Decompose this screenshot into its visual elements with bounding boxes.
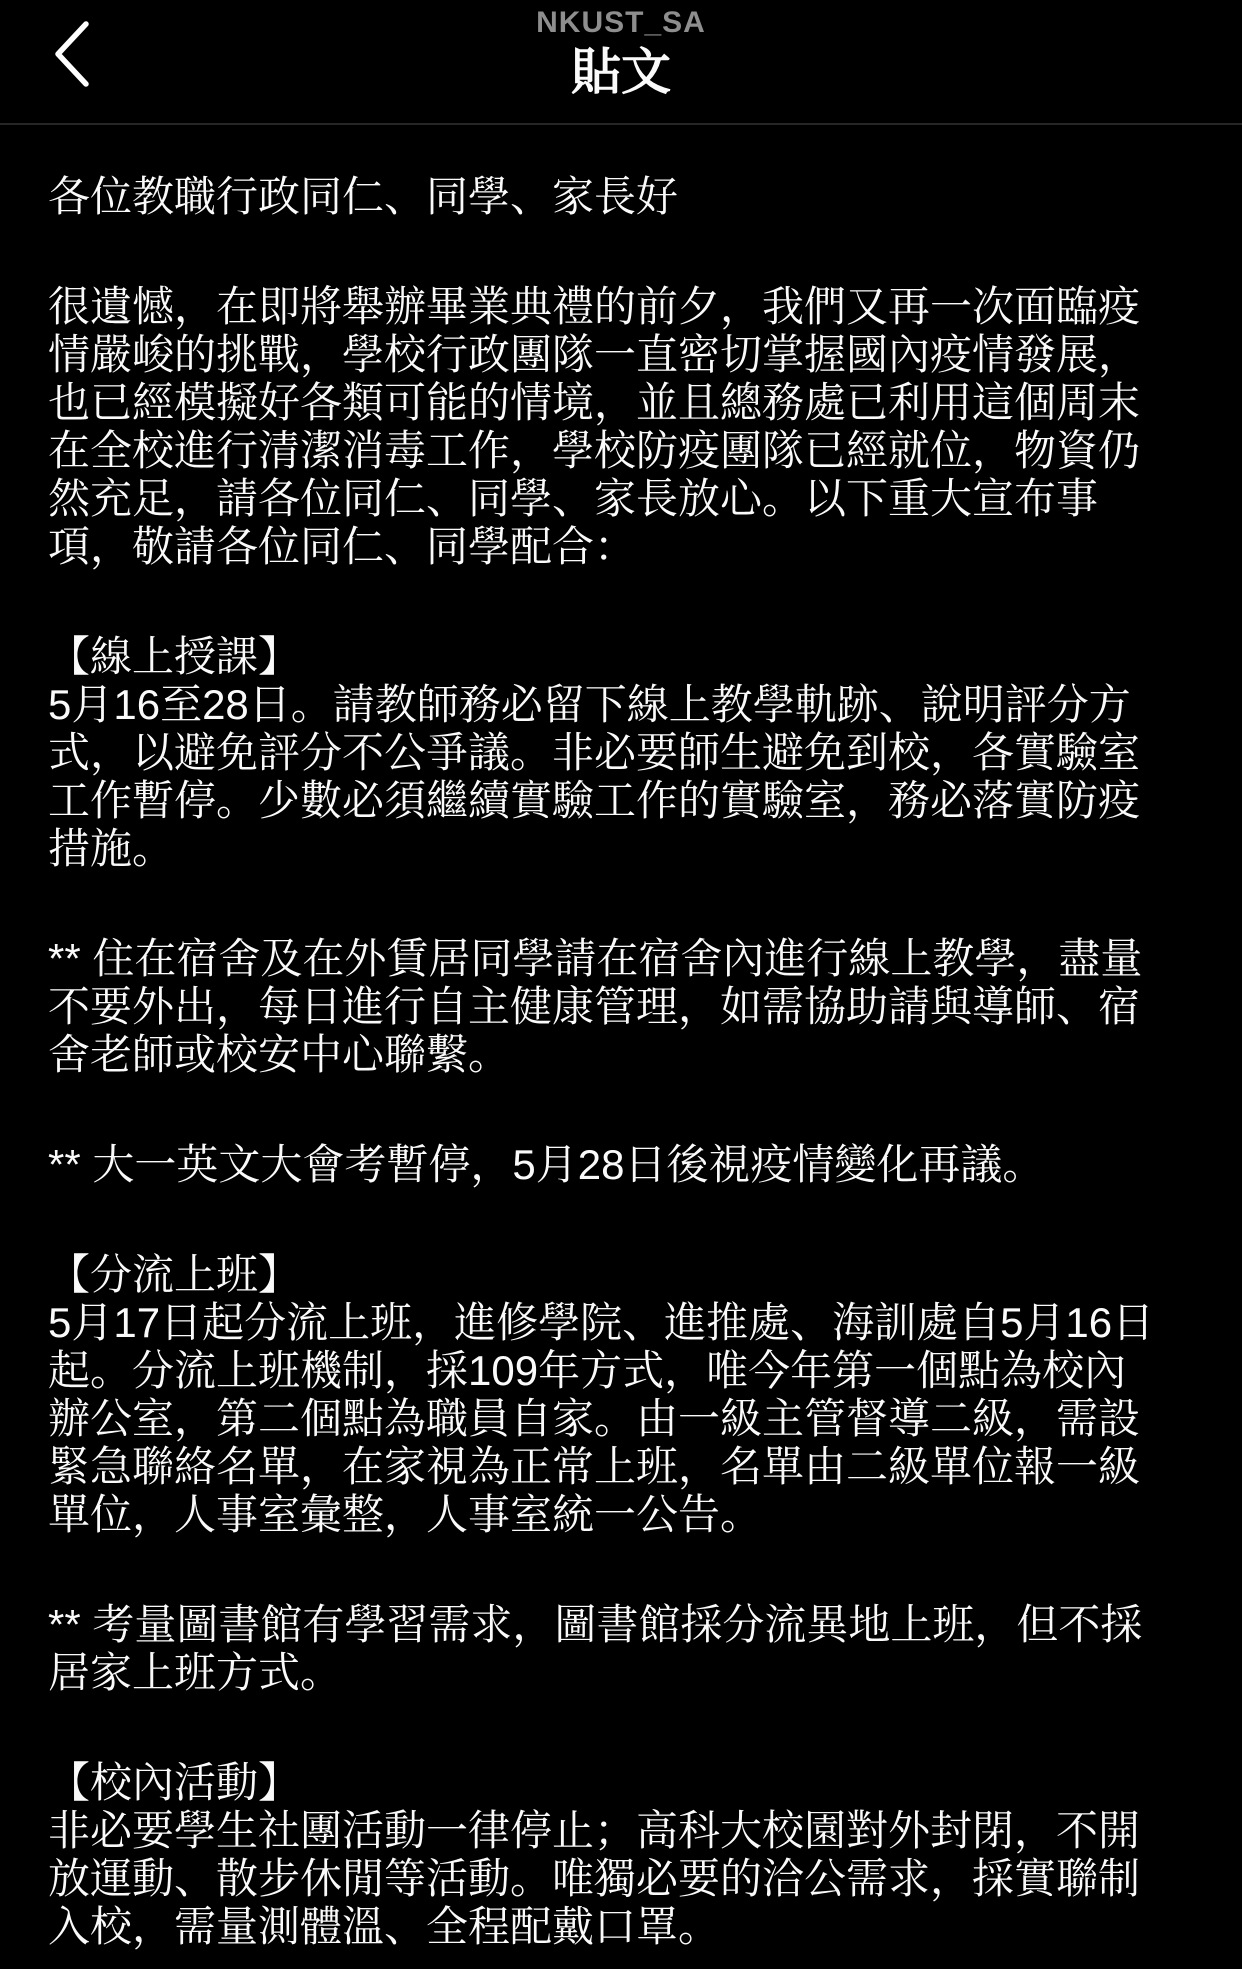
- post-paragraph: 各位教職行政同仁、同學、家長好: [48, 173, 1198, 221]
- navigation-header: NKUST_SA 貼文: [0, 0, 1242, 125]
- post-caption-body: 各位教職行政同仁、同學、家長好很遺憾，在即將舉辦畢業典禮的前夕，我們又再一次面臨…: [0, 125, 1242, 1951]
- back-button[interactable]: [40, 14, 104, 94]
- post-paragraph: 【校內活動】 非必要學生社團活動一律停止；高科大校園對外封閉，不開 放運動、散步…: [48, 1759, 1198, 1951]
- post-paragraph: 【線上授課】 5月16至28日。請教師務必留下線上教學軌跡、說明評分方 式，以避…: [48, 633, 1198, 873]
- post-paragraph: ** 大一英文大會考暫停，5月28日後視疫情變化再議。: [48, 1141, 1198, 1189]
- post-paragraph: 【分流上班】 5月17日起分流上班，進修學院、進推處、海訓處自5月16日 起。分…: [48, 1251, 1198, 1539]
- post-paragraph: ** 住在宿舍及在外賃居同學請在宿舍內進行線上教學，盡量 不要外出，每日進行自主…: [48, 935, 1198, 1079]
- post-paragraph: 很遺憾，在即將舉辦畢業典禮的前夕，我們又再一次面臨疫 情嚴峻的挑戰，學校行政團隊…: [48, 283, 1198, 571]
- chevron-left-icon: [50, 19, 94, 89]
- post-paragraph: ** 考量圖書館有學習需求，圖書館採分流異地上班，但不採 居家上班方式。: [48, 1601, 1198, 1697]
- page-title: 貼文: [571, 43, 671, 101]
- post-screen: { "header": { "username": "NKUST_SA", "t…: [0, 0, 1242, 1969]
- profile-username: NKUST_SA: [536, 5, 706, 41]
